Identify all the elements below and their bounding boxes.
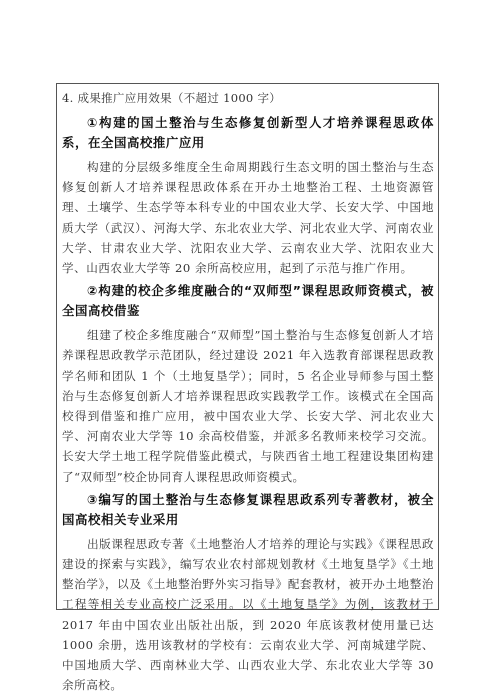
item-2-heading: ②构建的校企多维度融合的“双师型”课程思政师资模式，被全国高校借鉴 bbox=[62, 281, 434, 321]
results-application-box: 4. 成果推广应用效果（不超过 1000 字） ①构建的国土整治与生态修复创新型… bbox=[56, 83, 439, 610]
item-3-body: 出版课程思政专著《土地整治人才培养的理论与实践》《课程思政建设的探索与实践》，编… bbox=[62, 534, 434, 696]
item-2-body: 组建了校企多维度融合“双师型”国土整治与生态修复创新人才培养课程思政教学示范团队… bbox=[62, 325, 434, 487]
item-3-heading: ③编写的国土整治与生态修复课程思政系列专著教材，被全国高校相关专业采用 bbox=[62, 490, 434, 530]
item-1-body: 构建的分层级多维度全生命周期践行生态文明的国土整治与生态修复创新人才培养课程思政… bbox=[62, 157, 434, 278]
section-title: 4. 成果推广应用效果（不超过 1000 字） bbox=[62, 88, 434, 110]
item-1-heading: ①构建的国土整治与生态修复创新型人才培养课程思政体系，在全国高校推广应用 bbox=[62, 113, 434, 153]
